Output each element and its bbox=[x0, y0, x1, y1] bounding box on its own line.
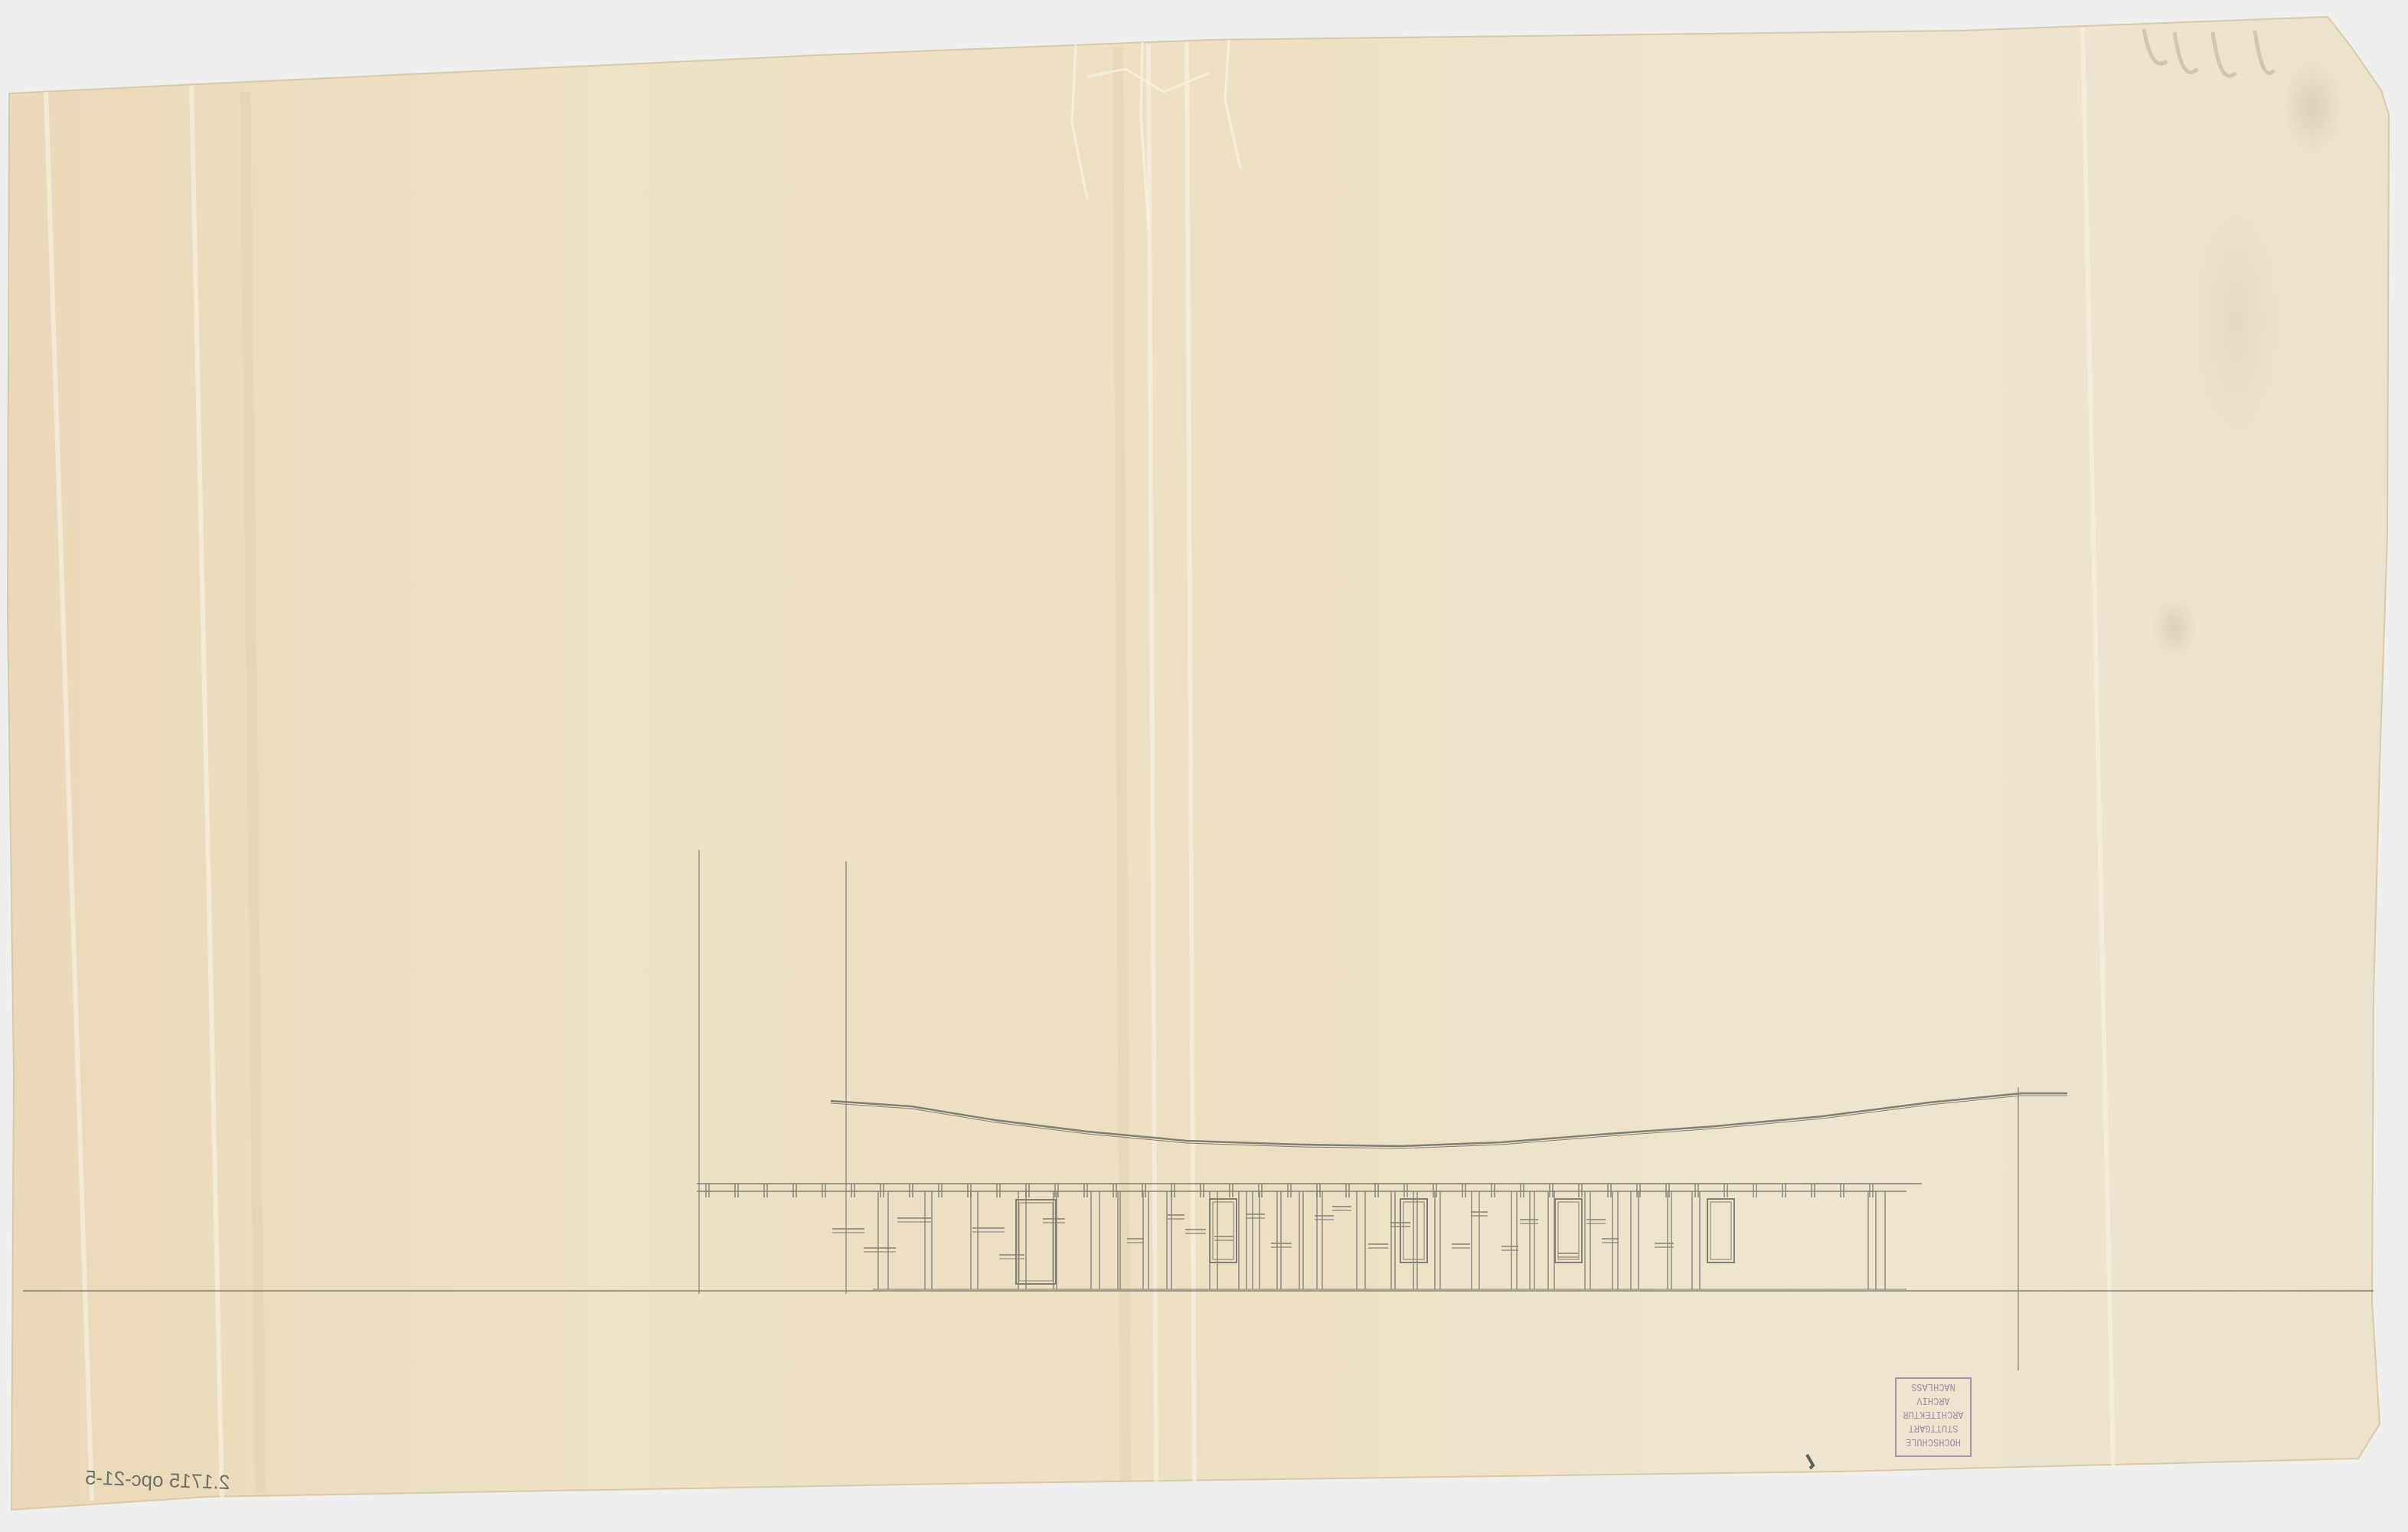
stamp-line: HOCHSCHULE bbox=[1906, 1436, 1961, 1447]
stamp-line: STUTTGART bbox=[1909, 1423, 1959, 1433]
stamp-line: NACHLASS bbox=[1911, 1381, 1955, 1392]
stamp-line: ARCHIV bbox=[1916, 1395, 1950, 1406]
scanned-drawing: HOCHSCHULESTUTTGARTARCHITEKTURARCHIVNACH… bbox=[0, 0, 2408, 1532]
stain bbox=[2152, 597, 2197, 658]
stain bbox=[2190, 199, 2282, 444]
tracing-paper bbox=[8, 17, 2389, 1510]
stain bbox=[2282, 61, 2343, 153]
paper-sheet bbox=[8, 17, 2389, 1510]
stamp-line: ARCHITEKTUR bbox=[1903, 1409, 1963, 1419]
